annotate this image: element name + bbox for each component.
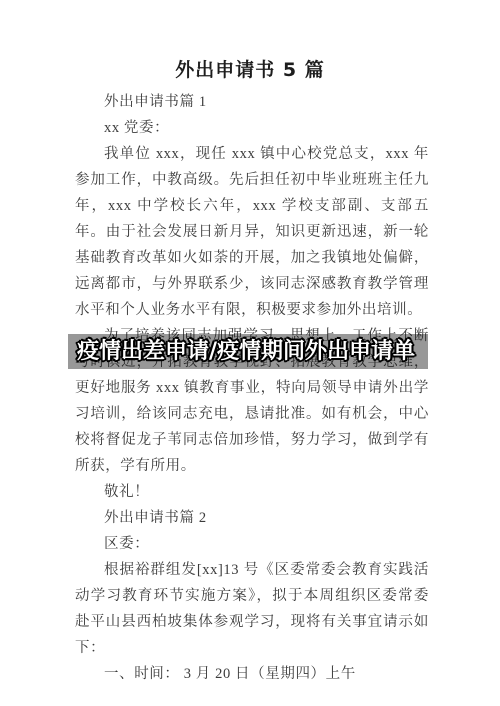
overlay-banner: 疫情出差申请/疫情期间外出申请单 xyxy=(68,334,428,369)
document-body: 外出申请书篇 1 xx 党委： 我单位 xxx，现任 xxx 镇中心校党总支，x… xyxy=(75,89,429,687)
document-page: 外出申请书 5 篇 外出申请书篇 1 xx 党委： 我单位 xxx，现任 xxx… xyxy=(0,0,500,706)
page-title: 外出申请书 5 篇 xyxy=(0,58,500,82)
paragraph-closing: 敬礼！ xyxy=(75,479,429,505)
paragraph-schedule-item: 一、时间： 3 月 20 日（星期四）上午 xyxy=(75,661,429,687)
paragraph-salutation-1: xx 党委： xyxy=(75,115,429,141)
overlay-banner-text: 疫情出差申请/疫情期间外出申请单 xyxy=(68,334,415,369)
paragraph-body-3: 根据裕群组发[xx]13 号《区委常委会教育实践活动学习教育环节实施方案》，拟于… xyxy=(75,557,429,661)
paragraph-section1-heading: 外出申请书篇 1 xyxy=(75,89,429,115)
paragraph-body-1: 我单位 xxx，现任 xxx 镇中心校党总支，xxx 年参加工作，中教高级。先后… xyxy=(75,141,429,323)
paragraph-section2-heading: 外出申请书篇 2 xyxy=(75,505,429,531)
paragraph-salutation-2: 区委： xyxy=(75,531,429,557)
